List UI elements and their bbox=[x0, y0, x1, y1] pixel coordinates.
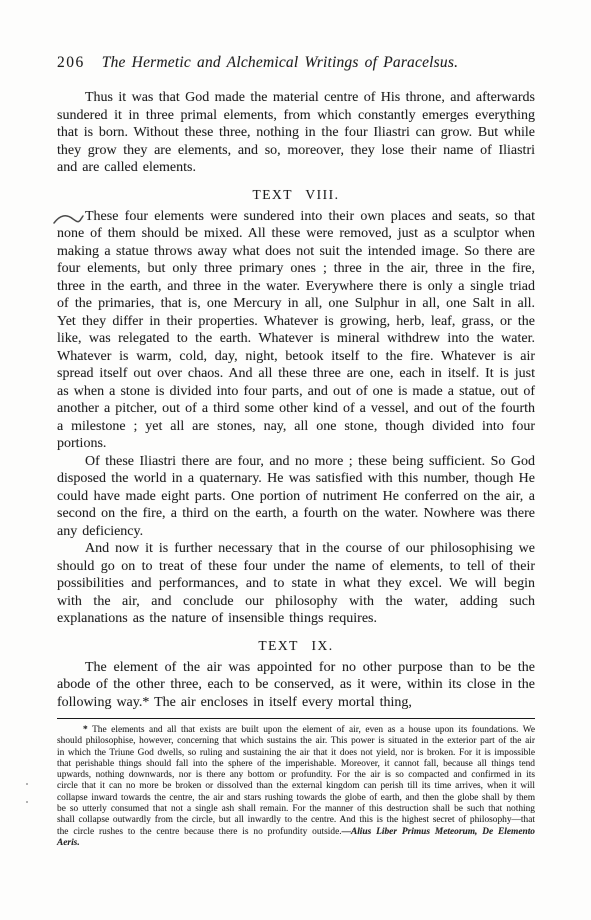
section-heading-text-viii: TEXT VIII. bbox=[57, 187, 535, 203]
text-ix-paragraph-1: The element of the air was appointed for… bbox=[57, 659, 535, 712]
text-viii-paragraph-3: And now it is further necessary that in … bbox=[57, 540, 535, 628]
margin-dots-mark bbox=[26, 783, 46, 787]
running-title: The Hermetic and Alchemical Writings of … bbox=[102, 54, 458, 72]
footnote-text: The elements and all that exists are bui… bbox=[57, 725, 535, 837]
page-number: 206 bbox=[57, 54, 85, 72]
footnote-divider bbox=[57, 718, 535, 719]
text-viii-paragraph-2: Of these Iliastri there are four, and no… bbox=[57, 453, 535, 541]
footnote-block: * The elements and all that exists are b… bbox=[57, 718, 535, 849]
margin-dot bbox=[26, 783, 28, 785]
intro-paragraph: Thus it was that God made the material c… bbox=[57, 89, 535, 177]
page-content: 206 The Hermetic and Alchemical Writings… bbox=[57, 54, 535, 849]
margin-dot bbox=[26, 801, 28, 803]
footnote-paragraph: * The elements and all that exists are b… bbox=[57, 725, 535, 849]
handwritten-pen-mark-icon bbox=[52, 210, 88, 226]
text-viii-paragraph-1: These four elements were sundered into t… bbox=[57, 208, 535, 453]
text-viii-paragraph-1-wrap: These four elements were sundered into t… bbox=[57, 208, 535, 453]
book-page: 206 The Hermetic and Alchemical Writings… bbox=[0, 0, 591, 920]
running-header: 206 The Hermetic and Alchemical Writings… bbox=[57, 54, 535, 72]
footnote-asterisk: * bbox=[83, 725, 88, 735]
section-heading-text-ix: TEXT IX. bbox=[57, 638, 535, 654]
